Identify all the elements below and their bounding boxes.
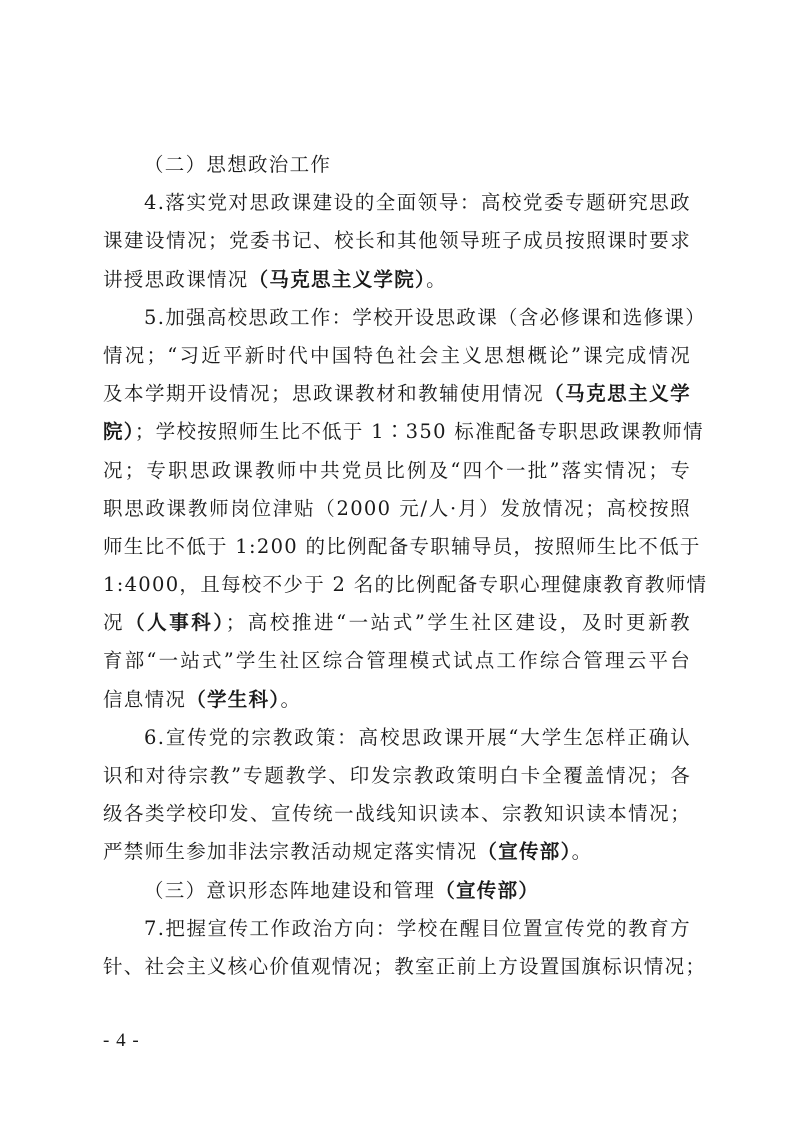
text-span: 讲授思政课情况: [103, 268, 249, 291]
responsible-dept: （马克思主义学院）: [249, 268, 426, 291]
paragraph-line: 5.加强高校思政工作：学校开设思政课（含必修课和选修课）: [103, 299, 691, 337]
text-span: ；学校按照师生比不低于 1∶350 标准配备专职思政课教师情: [135, 420, 704, 443]
responsible-dept: （宣传部）: [477, 840, 571, 863]
item-6-paragraph: 6.宣传党的宗教政策：高校思政课开展“大学生怎样正确认 识和对待宗教”专题教学、…: [103, 719, 691, 872]
item-4-paragraph: 4.落实党对思政课建设的全面领导：高校党委专题研究思政 课建设情况；党委书记、校…: [103, 184, 691, 299]
paragraph-line: 院）；学校按照师生比不低于 1∶350 标准配备专职思政课教师情: [103, 413, 691, 451]
paragraph-line: 级各类学校印发、宣传统一战线知识读本、宗教知识读本情况；: [103, 795, 691, 833]
paragraph-line: 4.落实党对思政课建设的全面领导：高校党委专题研究思政: [103, 184, 691, 222]
section-heading-2: （二）思想政治工作: [103, 146, 691, 184]
paragraph-line: 信息情况（学生科）。: [103, 681, 691, 719]
paragraph-line: 职思政课教师岗位津贴（2000 元/人·月）发放情况；高校按照: [103, 490, 691, 528]
paragraph-line: 严禁师生参加非法宗教活动规定落实情况（宣传部）。: [103, 833, 691, 871]
paragraph-line: 1:4000，且每校不少于 2 名的比例配备专职心理健康教育教师情: [103, 566, 691, 604]
responsible-dept: （学生科）: [186, 688, 280, 711]
paragraph-line: 况；专职思政课教师中共党员比例及“四个一批”落实情况；专: [103, 452, 691, 490]
responsible-dept: （马克思主义学: [544, 382, 691, 405]
paragraph-line: 育部“一站式”学生社区综合管理模式试点工作综合管理云平台: [103, 642, 691, 680]
text-span: 严禁师生参加非法宗教活动规定落实情况: [103, 840, 477, 863]
page-number: - 4 -: [103, 1030, 140, 1052]
item-5-paragraph: 5.加强高校思政工作：学校开设思政课（含必修课和选修课） 情况；“习近平新时代中…: [103, 299, 691, 719]
paragraph-line: 及本学期开设情况；思政课教材和教辅使用情况（马克思主义学: [103, 375, 691, 413]
responsible-dept: （人事科）: [125, 611, 226, 634]
text-span: 信息情况: [103, 688, 186, 711]
text-span: 。: [426, 268, 447, 291]
section-heading-text: （二）思想政治工作: [144, 153, 331, 176]
item-7-paragraph: 7.把握宣传工作政治方向：学校在醒目位置宣传党的教育方 针、社会主义核心价值观情…: [103, 910, 691, 986]
text-span: 。: [280, 688, 301, 711]
text-span: 。: [572, 840, 593, 863]
paragraph-line: 课建设情况；党委书记、校长和其他领导班子成员按照课时要求: [103, 222, 691, 260]
text-span: ；高校推进“一站式”学生社区建设，及时更新教: [226, 611, 691, 634]
paragraph-line: 情况；“习近平新时代中国特色社会主义思想概论”课完成情况: [103, 337, 691, 375]
paragraph-line: 针、社会主义核心价值观情况；教室正前上方设置国旗标识情况；: [103, 948, 691, 986]
text-span: 及本学期开设情况；思政课教材和教辅使用情况: [103, 382, 544, 405]
paragraph-line: 况（人事科）；高校推进“一站式”学生社区建设，及时更新教: [103, 604, 691, 642]
section-heading-text: （三）意识形态阵地建设和管理: [144, 879, 435, 902]
section-heading-3: （三）意识形态阵地建设和管理（宣传部）: [103, 872, 691, 910]
document-body: （二）思想政治工作 4.落实党对思政课建设的全面领导：高校党委专题研究思政 课建…: [103, 146, 691, 986]
paragraph-line: 师生比不低于 1:200 的比例配备专职辅导员，按照师生比不低于: [103, 528, 691, 566]
paragraph-line: 7.把握宣传工作政治方向：学校在醒目位置宣传党的教育方: [103, 910, 691, 948]
paragraph-line: 识和对待宗教”专题教学、印发宗教政策明白卡全覆盖情况；各: [103, 757, 691, 795]
responsible-dept: 院）: [103, 420, 135, 443]
responsible-dept: （宣传部）: [435, 879, 539, 902]
paragraph-line: 讲授思政课情况（马克思主义学院）。: [103, 261, 691, 299]
text-span: 况: [103, 611, 125, 634]
paragraph-line: 6.宣传党的宗教政策：高校思政课开展“大学生怎样正确认: [103, 719, 691, 757]
